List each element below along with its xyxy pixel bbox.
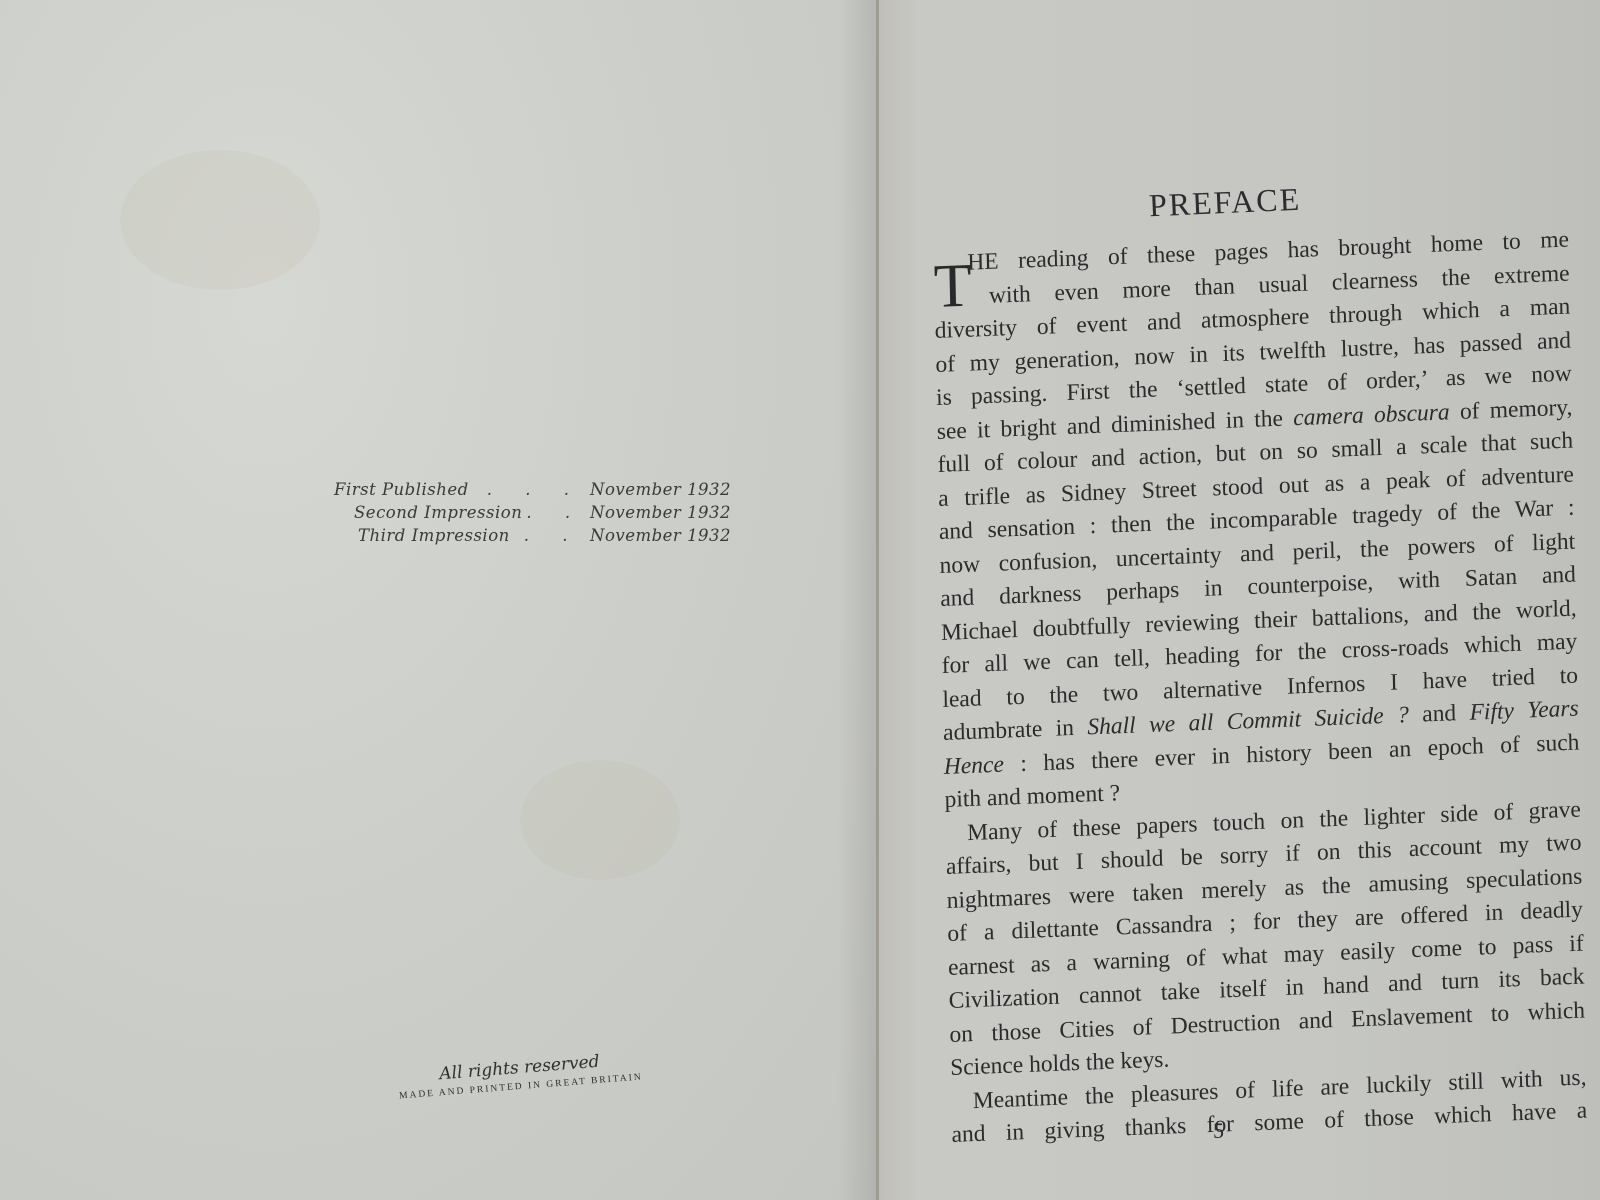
italic-title: camera obscura [1293, 399, 1450, 431]
italic-title: Hence [944, 751, 1005, 779]
imprint-row: First Published . . . November 1932 [334, 478, 584, 501]
text-span: and [1409, 700, 1470, 728]
left-page: First Published . . . November 1932 Seco… [0, 0, 878, 1200]
italic-title: Fifty Years [1469, 696, 1579, 726]
page-number: 5 [1213, 1118, 1224, 1144]
imprint-date: November 1932 [590, 524, 731, 547]
imprint-leader: . . [526, 501, 584, 524]
imprint-date: November 1932 [590, 478, 731, 501]
imprint-label: Second Impression [354, 501, 522, 524]
paper-stain [520, 760, 680, 880]
imprint-label: First Published [334, 478, 469, 501]
imprint-leader: . . [524, 524, 582, 547]
drop-cap: T [933, 255, 972, 318]
imprint-leader: . . . [487, 478, 583, 501]
imprint-block: First Published . . . November 1932 Seco… [334, 478, 584, 547]
page-title: PREFACE [1148, 181, 1302, 225]
imprint-label: Third Impression [358, 524, 510, 547]
paper-stain [120, 150, 320, 290]
imprint-row: Third Impression . . November 1932 [334, 524, 584, 547]
preface-body: T HE reading of these pages has brought … [933, 224, 1587, 1153]
preface: PREFACE T HE reading of these pages has … [879, 0, 1600, 1200]
text-span: of memory, [1449, 394, 1572, 425]
book-spread: First Published . . . November 1932 Seco… [0, 0, 1600, 1200]
imprint-row: Second Impression . . November 1932 [334, 501, 584, 524]
right-page: PREFACE T HE reading of these pages has … [879, 0, 1600, 1200]
rights-notice: All rights reserved MADE AND PRINTED IN … [389, 1048, 651, 1102]
imprint-date: November 1932 [590, 501, 731, 524]
text-span: adumbrate in [943, 714, 1088, 746]
